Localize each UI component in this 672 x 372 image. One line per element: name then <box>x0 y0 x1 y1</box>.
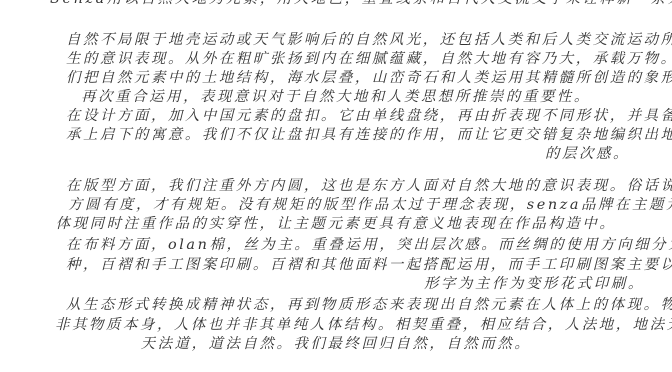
paragraph-2-line-3: 的层次感。 <box>545 146 630 162</box>
paragraph-3-line-3: 体现同时注重作品的实穿性，让主题元素更具有意义地表现在作品构造中。 <box>0 216 672 232</box>
paragraph-5-line-3: 天法道，道法自然。我们最终回归自然，自然而然。 <box>0 336 672 352</box>
document-page: Senza用以自然大地为元素，用大地色，重叠线条和古代人交流文字来诠释新一系列。… <box>0 0 672 372</box>
paragraph-3-line-1: 在版型方面，我们注重外方内圆，这也是东方人面对自然大地的意识表现。俗话说， <box>66 178 672 194</box>
intro-line: Senza用以自然大地为元素，用大地色，重叠线条和古代人交流文字来诠释新一系列。 <box>50 0 672 7</box>
paragraph-1-line-1: 自然不局限于地壳运动或天气影响后的自然风光，还包括人类和后人类交流运动所产 <box>66 32 672 48</box>
paragraph-5-line-2: 非其物质本身，人体也并非其单纯人体结构。相契重叠，相应结合，人法地，地法天， <box>55 317 672 333</box>
paragraph-4-line-2: 种，百褶和手工图案印刷。百褶和其他面料一起搭配运用，而手工印刷图案主要以象 <box>66 257 672 273</box>
paragraph-2-line-2: 承上启下的寓意。我们不仅让盘扣具有连接的作用，而让它更交错复杂地编织出地质 <box>66 127 672 143</box>
paragraph-3-line-2: 方圆有度，才有规矩。没有规矩的版型作品太过于理念表现，senza品牌在主题元素的 <box>68 197 672 213</box>
paragraph-4-line-3: 形字为主作为变形花式印刷。 <box>424 276 645 292</box>
paragraph-1-line-2: 生的意识表现。从外在粗旷张扬到内在细腻蕴藏，自然大地有容乃大，承载万物。我 <box>66 51 672 67</box>
paragraph-5-line-1: 从生态形式转换成精神状态，再到物质形态来表现出自然元素在人体上的体现。物质 <box>66 297 672 313</box>
paragraph-2-line-1: 在设计方面，加入中国元素的盘扣。它由单线盘绕，再由折表现不同形状，并具备着 <box>66 108 672 124</box>
paragraph-1-line-4: 再次重合运用，表现意识对于自然大地和人类思想所推崇的重要性。 <box>0 89 672 105</box>
paragraph-4-line-1: 在布料方面，olan棉，丝为主。重叠运用，突出层次感。而丝绸的使用方向细分为两 <box>66 237 672 253</box>
paragraph-1-line-3: 们把自然元素中的土地结构，海水层叠，山峦奇石和人类运用其精髓所创造的象形字 <box>66 70 672 86</box>
